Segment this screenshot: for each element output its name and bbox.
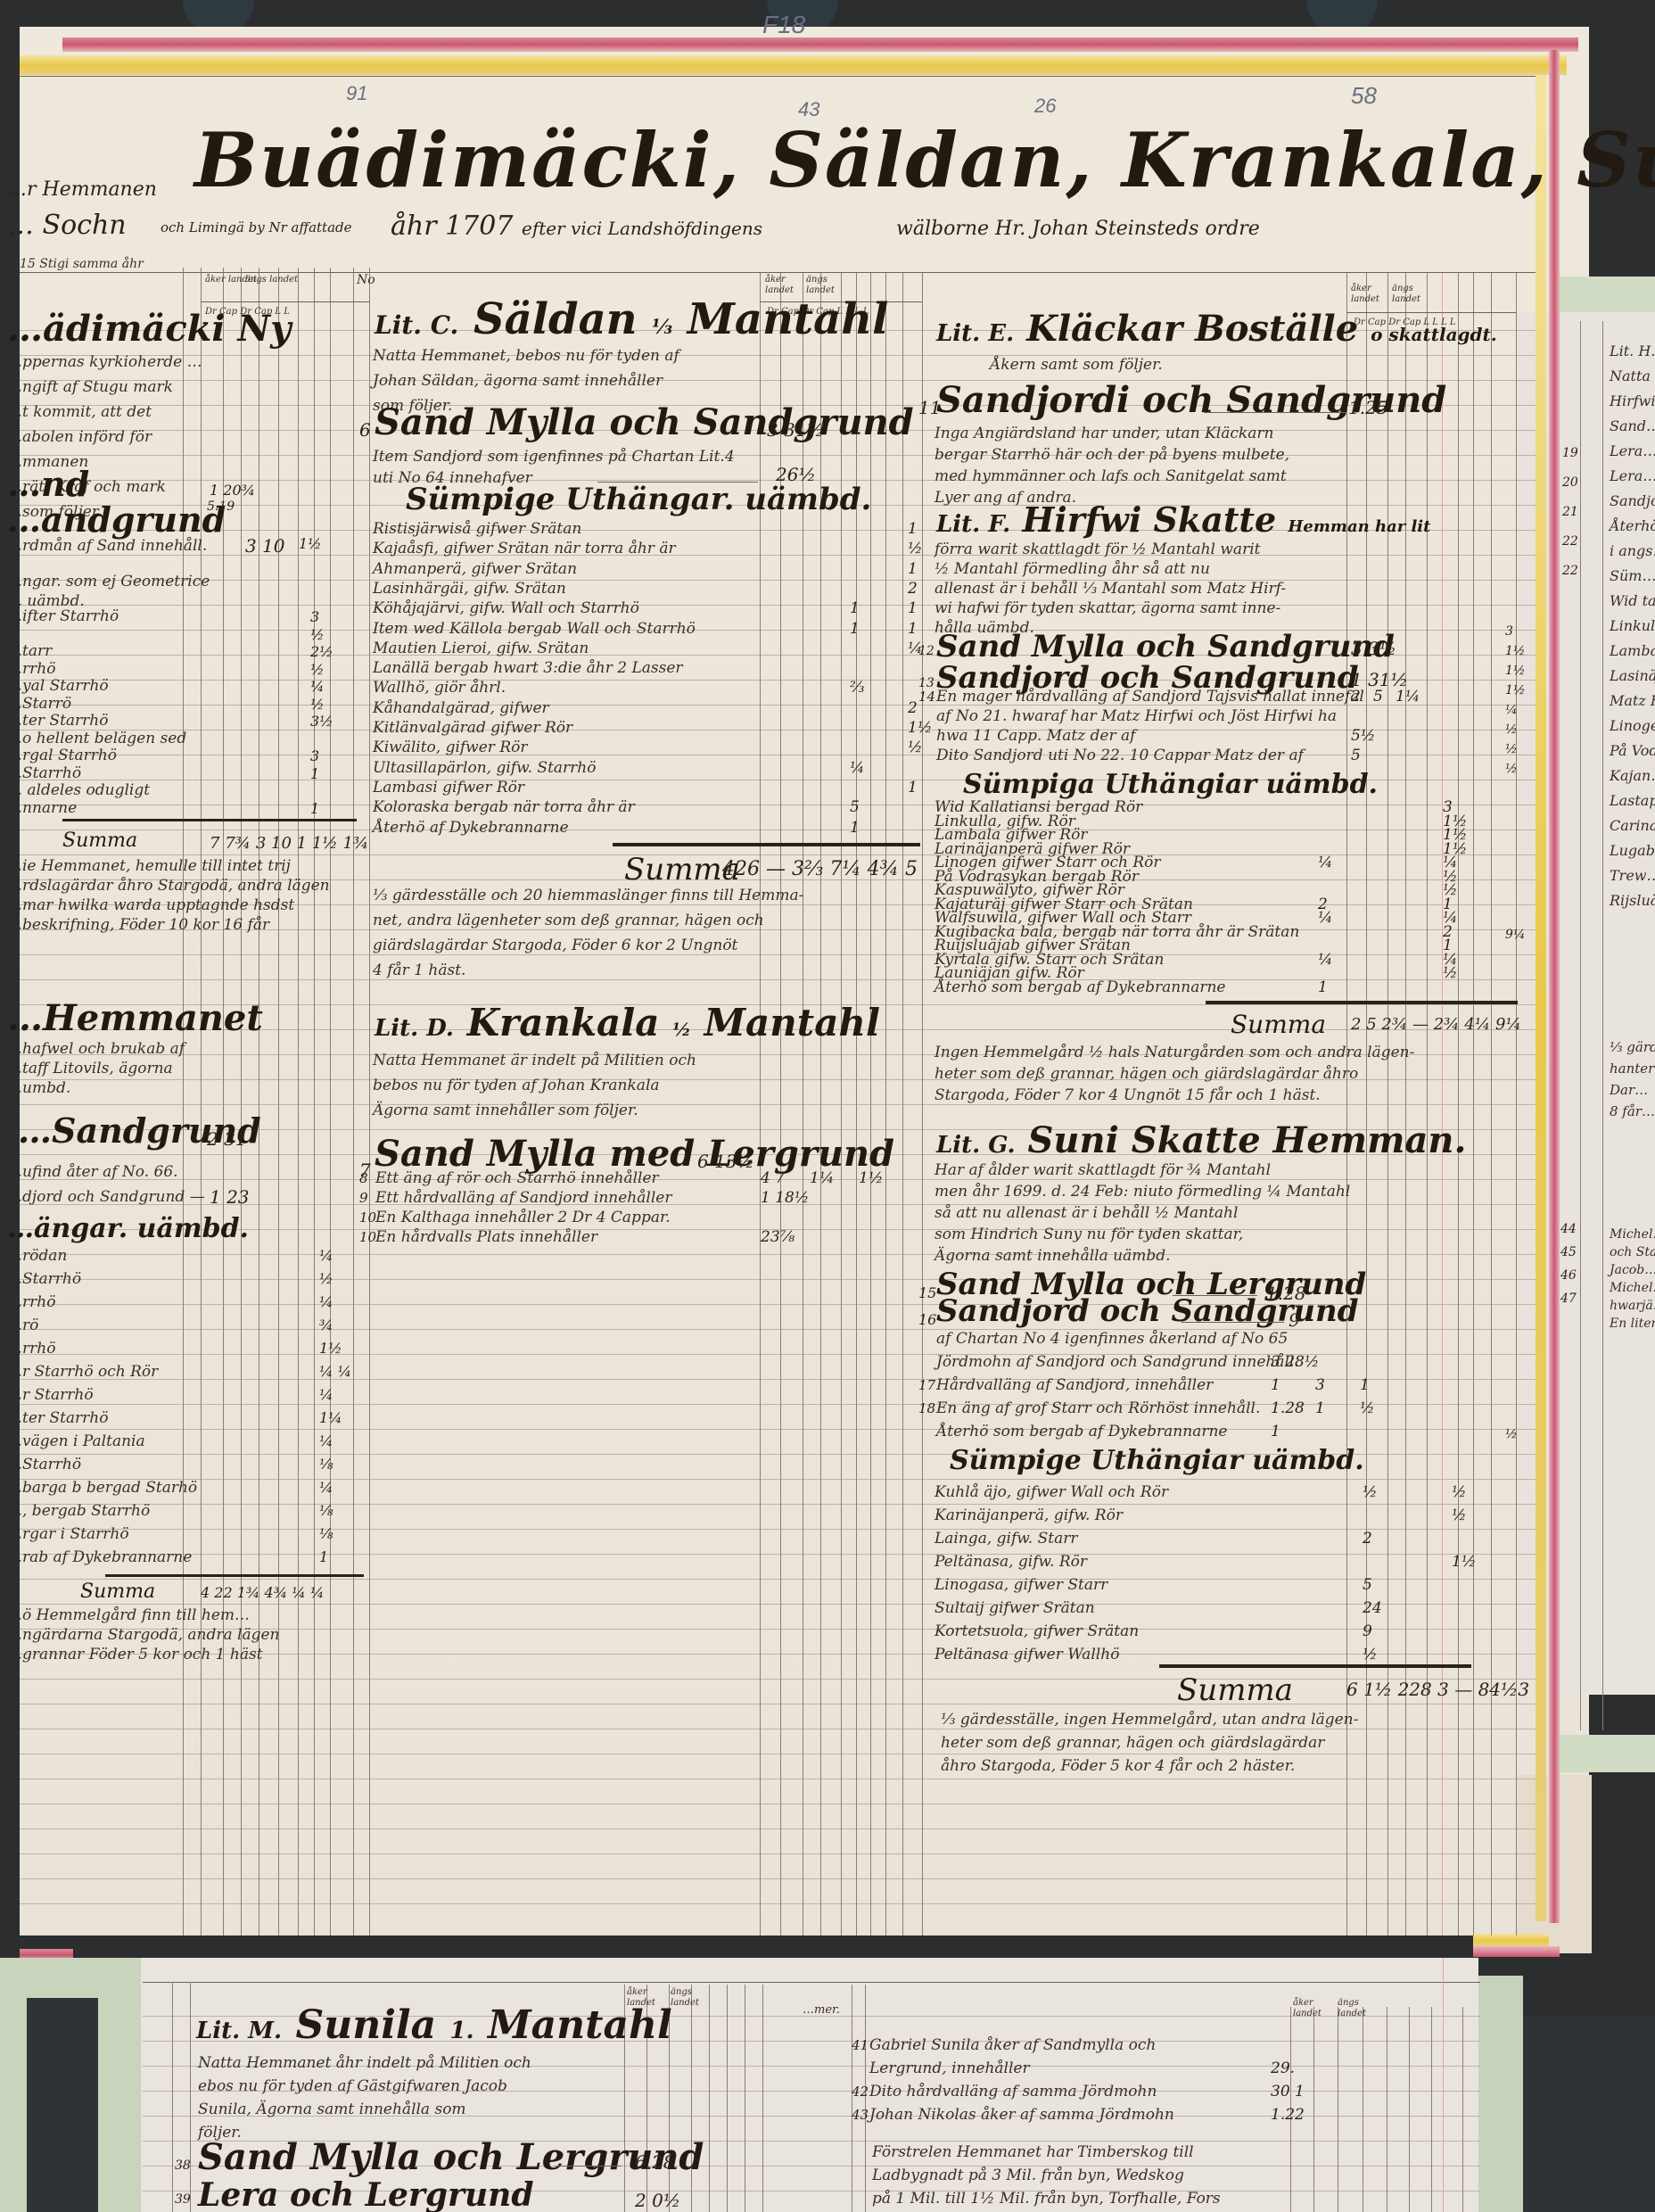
meadow-row: Kiwälito, gifwer Rör½: [373, 738, 961, 757]
col-rule: [762, 1985, 763, 2212]
green-mount-bottom-right: [1478, 1976, 1523, 2212]
edge-value: ½: [1505, 1427, 1518, 1441]
meadow-name: Karinäjanperä, gifw. Rör: [935, 1504, 1123, 1527]
edge-value: 1½: [1505, 644, 1525, 658]
meadow-row: Wallhö, giör åhrl.⅔: [373, 678, 961, 697]
row-value: 3: [1315, 1374, 1325, 1397]
section-m-soil-2: Lera och Lergrund: [198, 2176, 534, 2212]
partial-entry: Lastap…: [1610, 788, 1655, 813]
col-rule: [709, 1985, 710, 2212]
subtitle-year: åhr 1707: [391, 210, 513, 242]
ruled-line: [20, 1779, 1536, 1779]
section-g-notes: Har af ålder warit skattlagdt för ¾ Mant…: [935, 1160, 1350, 1267]
subtitle-parish: … Sochn: [7, 210, 127, 241]
row-text: En äng af grof Starr och Rörhöst innehål…: [936, 1397, 1260, 1420]
meadow-name: …Starrhö: [7, 765, 81, 783]
meadow-name: Ristisjärwiså gifwer Srätan: [373, 519, 581, 539]
section-c-soil: Sand Mylla och Sandgrund: [375, 401, 914, 443]
meadow-name: …rab af Dykebrannarne: [7, 1546, 192, 1569]
summa-rule: [613, 843, 920, 846]
subtitle-order-suffix: wälborne Hr. Johan Steinsteds ordre: [896, 218, 1260, 240]
partial-entry: Lera…: [1610, 464, 1655, 489]
meadow-value: ½: [1452, 1504, 1466, 1527]
ledger-row: 9Ett hårdvalläng af Sandjord innehåller1…: [359, 1188, 957, 1208]
meadow-name: …r Starrhö: [7, 1383, 94, 1407]
meadow-value: ¼: [1318, 953, 1332, 968]
left-fragment: …r Hemmanen: [7, 178, 157, 201]
meadow-value: ½: [1363, 1481, 1377, 1504]
row-text: Gabriel Sunila åker af Sandmylla och: [869, 2034, 1156, 2057]
meadow-value: 2½: [310, 643, 333, 661]
meadow-row: …rrhö¼: [7, 1291, 373, 1314]
meadow-value: 1: [310, 800, 319, 818]
meadow-name: Koloraska bergab när torra åhr är: [373, 797, 635, 817]
meadow-name: Återhö som bergab af Dykebrannarne: [935, 981, 1225, 995]
meadow-value: ½: [1452, 1481, 1466, 1504]
page-title: Buädimäcki, Säldan, Krankala, Suni: [194, 116, 1655, 204]
row-value: 5: [1373, 687, 1383, 706]
meadow-name: Lanällä bergab hwart 3:die åhr 2 Lasser: [373, 658, 683, 678]
left-fragment: …15 Stigi samma åhr: [7, 252, 144, 276]
col-rule: [745, 1985, 745, 2212]
row-number: 6: [359, 419, 371, 441]
meadow-value: 5: [1363, 1573, 1372, 1597]
edge-value: ¼: [1505, 703, 1518, 717]
meadow-value: 3½: [310, 713, 333, 730]
meadow-row: …, bergab Starrhö⅛: [7, 1499, 373, 1523]
meadow-row: …Starrhö⅛: [7, 1453, 373, 1476]
section-f-notes: förra warit skattlagdt för ½ Mantahl war…: [935, 540, 1286, 638]
meadow-row: …ter Starrhö1¼: [7, 1407, 373, 1430]
meadow-value: 24: [1363, 1597, 1382, 1620]
value: 3 31½: [767, 419, 824, 441]
meadow-row: Köhåjajärvi, gifw. Wall och Starrhö11: [373, 598, 961, 618]
edge-value: ½: [1505, 742, 1518, 756]
left-notes-2: …hafwel och brukab af …taff Litovils, äg…: [7, 1039, 185, 1098]
meadow-row: …ter Starrhö3½: [7, 713, 364, 730]
row-number: 10: [359, 1208, 376, 1227]
partial-entry: Återhö…: [1610, 514, 1655, 539]
left-soil-heading: …nd: [7, 464, 89, 504]
edge-value: 1½: [1505, 683, 1525, 697]
meadow-name: Ahmanperä, gifwer Srätan: [373, 559, 577, 579]
meadow-row: Ultasillapärlon, gifw. Starrhö¼: [373, 758, 961, 778]
meadow-value: ⅔: [850, 678, 864, 697]
row-value: 1.22: [1271, 2103, 1305, 2126]
ruled-line: [20, 1679, 1536, 1680]
section-f-heading: Lit. F. Hirfwi Skatte Hemman har lit: [936, 499, 1430, 540]
section-m-notes: Natta Hemmanet åhr indelt på Militien oc…: [198, 2051, 531, 2144]
meadow-row: …rrhö½: [7, 661, 364, 679]
yellow-border-top: [20, 55, 1567, 75]
row-text: En Kalthaga innehåller 2 Dr 4 Cappar.: [375, 1208, 671, 1227]
meadow-name: Köhåjajärvi, gifw. Wall och Starrhö: [373, 598, 639, 618]
row-number: 12: [918, 644, 935, 658]
row-text: af Chartan No 4 igenfinnes åkerland af N…: [936, 1327, 1288, 1350]
meadow-name: …yal Starrhö: [7, 678, 109, 696]
row-value: 3 28½: [1271, 1350, 1319, 1374]
meadow-value: 1: [850, 598, 860, 618]
leader-line: [1204, 412, 1346, 413]
section-m-heading: Lit. M. Sunila 1. Mantahl: [196, 2002, 672, 2048]
no-label: No: [357, 268, 375, 293]
value: 1 23: [210, 1186, 250, 1208]
border-rule-top: [20, 76, 1536, 77]
row-value: 1¼: [1396, 687, 1420, 706]
meadow-name: …ifter Starrhö: [7, 608, 119, 626]
col-header-acker: åker landet: [765, 275, 801, 296]
meadow-value: 3: [310, 608, 319, 626]
row-value: 1½: [859, 1168, 883, 1188]
meadow-name: …vägen i Paltania: [7, 1430, 145, 1453]
pencil-number: 91: [346, 82, 367, 105]
meadow-name: …rrhö: [7, 661, 55, 679]
row-text: En mager hårdvalläng af Sandjord Tajsvis…: [936, 687, 1364, 706]
pencil-number: 58: [1351, 82, 1377, 110]
col-rule: [1602, 321, 1603, 1730]
meadow-name: Lasinhärgäi, gifw. Srätan: [373, 579, 566, 598]
row-text: Lergrund, innehåller: [869, 2057, 1030, 2080]
row-number: 9: [359, 1188, 368, 1208]
row-value: ½: [1360, 1397, 1374, 1420]
red-border-corner: [1473, 1946, 1560, 1957]
col-rule: [1462, 2007, 1463, 2212]
meadow-name: Kajaåsfi, gifwer Srätan när torra åhr är: [373, 539, 676, 558]
row-value: 1¼: [810, 1168, 834, 1188]
summa-values: 6 1½ 228 3 — 84½3: [1346, 1679, 1529, 1700]
summa-label: Summa: [1177, 1672, 1293, 1708]
value: 2 31: [207, 1128, 247, 1150]
meadow-value: 2: [908, 579, 918, 598]
partial-entry: Lit. H…: [1610, 339, 1655, 364]
partial-row-number: 45: [1560, 1245, 1577, 1259]
partial-row-number: 19: [1562, 446, 1578, 460]
partial-entry: Sandjord…: [1610, 489, 1655, 514]
meadow-name: …r Starrhö och Rör: [7, 1360, 158, 1383]
row-text: Återhö som bergab af Dykebrannarne: [936, 1420, 1227, 1443]
summa-rule: [1159, 1664, 1471, 1668]
leader-line: [1182, 1322, 1284, 1323]
meadow-row: … aldeles odugligt: [7, 782, 364, 800]
row-value: 4 7: [761, 1168, 785, 1188]
meadow-name: …nnarne: [7, 800, 77, 818]
meadow-row: …rgar i Starrhö⅛: [7, 1523, 373, 1546]
partial-row-number: 22: [1562, 564, 1578, 578]
meadow-name: …rödan: [7, 1244, 67, 1267]
meadow-row: …ifter Starrhö3: [7, 608, 364, 626]
leader-line: [555, 2166, 622, 2167]
ledger-row: 43Johan Nikolas åker af samma Jördmohn1.…: [852, 2103, 1413, 2126]
value: 5.19: [207, 499, 235, 514]
meadow-name: Kitlänvalgärad gifwer Rör: [373, 718, 572, 738]
meadow-name: …barga b bergad Starhö: [7, 1476, 197, 1499]
meadow-row: Ristisjärwiså gifwer Srätan1: [373, 519, 961, 539]
meadow-row: Item wed Källola bergab Wall och Starrhö…: [373, 619, 961, 639]
yellow-border-corner: [1473, 1934, 1549, 1946]
meadow-name: Kuhlå äjo, gifwer Wall och Rör: [935, 1481, 1168, 1504]
section-f-soil-1: Sand Mylla och Sandgrund: [936, 629, 1395, 664]
ledger-row: hwa 11 Capp. Matz der af5½: [918, 726, 1440, 746]
partial-col-label: …mer.: [803, 1998, 840, 2023]
meadow-name: Linogasa, gifwer Starr: [935, 1573, 1107, 1597]
partial-row-number: 47: [1560, 1292, 1577, 1306]
row-number: 15: [918, 1284, 936, 1301]
left-row: …rdmån af Sand innehåll.: [7, 533, 207, 558]
edge-value: ½: [1505, 762, 1518, 776]
col-rule: [172, 1982, 173, 2212]
meadow-name: …rgal Starrhö: [7, 747, 117, 765]
meadow-name: Lainga, gifw. Starr: [935, 1527, 1077, 1550]
edge-value: 3: [1505, 624, 1513, 639]
summa-label: Summa: [62, 829, 137, 852]
row-text: af No 21. hwaraf har Matz Hirfwi och Jös…: [936, 706, 1337, 726]
partial-entry: På Vod…: [1610, 739, 1655, 763]
section-g-summary: ⅓ gärdesställe, ingen Hemmelgård, utan a…: [941, 1708, 1358, 1778]
ledger-row: 42Dito hårdvalläng af samma Jördmohn30 1: [852, 2080, 1413, 2103]
meadow-value: 1: [319, 1546, 328, 1569]
row-value: 1: [1315, 1397, 1325, 1420]
col-header-acker: åker landet: [1293, 1998, 1329, 2019]
ledger-row: 14En mager hårdvalläng af Sandjord Tajsv…: [918, 687, 1440, 706]
meadow-value: ½: [310, 696, 325, 714]
row-value: 5: [1351, 746, 1361, 765]
meadow-row: Kortetsuola, gifwer Srätan9: [935, 1620, 1505, 1643]
row-text: Dito Sandjord uti No 22. 10 Cappar Matz …: [936, 746, 1304, 765]
ledger-row: 8Ett äng af rör och Starrhö innehåller4 …: [359, 1168, 957, 1188]
meadow-name: Ultasillapärlon, gifw. Starrhö: [373, 758, 596, 778]
row-value: 1 18½: [761, 1188, 809, 1208]
summa-values: 426 — 3⅔ 7¼ 4¾ 5: [722, 858, 918, 880]
partial-summary-line: 8 får…: [1610, 1099, 1655, 1124]
meadow-value: 2: [1363, 1527, 1372, 1550]
section-g-heading: Lit. G. Suni Skatte Hemman.: [936, 1119, 1466, 1161]
meadow-name: Kortetsuola, gifwer Srätan: [935, 1620, 1139, 1643]
meadow-value: 1: [850, 818, 860, 838]
meadow-value: 5: [850, 797, 860, 817]
col-header-acker: åker landet: [1351, 284, 1387, 305]
meadow-row: Lainga, gifw. Starr2: [935, 1527, 1505, 1550]
meadow-row: Peltänasa, gifw. Rör1½: [935, 1550, 1505, 1573]
meadow-name: …ter Starrhö: [7, 713, 108, 730]
meadow-value: ¼ ¼: [319, 1360, 351, 1383]
meadow-name: …ter Starrhö: [7, 1407, 108, 1430]
row-value: 5½: [1351, 726, 1375, 746]
ruled-line: [20, 1704, 1536, 1704]
meadow-row: …barga b bergad Starhö¼: [7, 1476, 373, 1499]
col-rule: [330, 268, 331, 1935]
header-rule: [143, 1982, 1480, 1983]
yellow-border-right: [1536, 75, 1546, 1921]
summa-label: Summa: [1231, 1010, 1326, 1039]
summa-rule: [62, 819, 357, 821]
meadow-name: …tarr: [7, 643, 52, 661]
value: 3 3½: [1351, 638, 1396, 659]
meadow-row: …rab af Dykebrannarne1: [7, 1546, 373, 1569]
subtitle-order: efter vici Landshöfdingens: [522, 218, 762, 239]
meadow-value: 1: [908, 778, 918, 797]
partial-row-number: 21: [1562, 505, 1578, 519]
row-number: 16: [918, 1311, 936, 1328]
meadow-row: …Starrhö1: [7, 765, 364, 783]
partial-entry: Wid ta…: [1610, 589, 1655, 614]
partial-entry: Sand…: [1610, 414, 1655, 439]
col-header-angs: ängs landet: [1392, 284, 1428, 305]
section-e-note: Åkern samt som följer.: [990, 352, 1163, 377]
meadow-name: Item wed Källola bergab Wall och Starrhö: [373, 619, 696, 639]
row-text: Ett hårdvalläng af Sandjord innehåller: [375, 1188, 671, 1208]
meadow-row: …o hellent belägen sed: [7, 730, 364, 748]
meadow-row: …rödan¼: [7, 1244, 373, 1267]
partial-row-number: 22: [1562, 534, 1578, 549]
ruled-line: [20, 1828, 1536, 1829]
green-mount-strip-top: [1552, 276, 1655, 312]
meadow-value: ¼: [1318, 912, 1332, 926]
ruled-line: [20, 1878, 1536, 1879]
meadow-value: 1¼: [319, 1407, 342, 1430]
meadow-row: Återhö som bergab af Dykebrannarne1: [935, 981, 1496, 995]
header-rule: [20, 272, 1536, 273]
meadow-row: Ahmanperä, gifwer Srätan1: [373, 559, 961, 579]
meadow-row: …r Starrhö¼: [7, 1383, 373, 1407]
meadow-row: Koloraska bergab när torra åhr är5: [373, 797, 961, 817]
ledger-row: 41Gabriel Sunila åker af Sandmylla och: [852, 2034, 1413, 2057]
meadow-name: …rö: [7, 1314, 38, 1337]
red-border-right: [1549, 50, 1560, 1923]
partial-entry: Linoge…: [1610, 714, 1655, 739]
summa-values: 2 5 2¾ — 2¾ 4¼ 9¼: [1351, 1015, 1521, 1034]
summa-rule: [105, 1574, 364, 1577]
row-value: 1: [1271, 1420, 1280, 1443]
meadow-row: …r Starrhö och Rör¼ ¼: [7, 1360, 373, 1383]
partial-entry: Süm…: [1610, 564, 1655, 589]
meadow-row: Mautien Lieroi, gifw. Srätan¼: [373, 639, 961, 658]
meadow-value: ½: [908, 539, 922, 558]
meadow-value: ¼: [850, 758, 864, 778]
meadow-value: 1: [908, 519, 918, 539]
meadow-name: Peltänasa, gifw. Rör: [935, 1550, 1087, 1573]
meadow-row: Återhö af Dykebrannarne1: [373, 818, 961, 838]
meadow-value: 3: [310, 747, 319, 765]
row-value: 29.: [1271, 2057, 1295, 2080]
meadow-value: ¼: [310, 678, 325, 696]
meadow-row: …yal Starrhö¼: [7, 678, 364, 696]
partial-entry: En liten…: [1610, 1311, 1655, 1336]
left-summary-2: …ö Hemmelgård finn till hem… …ngärdarna …: [7, 1605, 280, 1664]
meadow-name: Wallhö, giör åhrl.: [373, 678, 506, 697]
row-number: 10: [359, 1227, 376, 1247]
ledger-row: 10En hårdvalls Plats innehåller23⅞: [359, 1227, 957, 1247]
row-number: 42: [852, 2080, 869, 2103]
pencil-number: 26: [1034, 95, 1056, 118]
row-number: 39: [175, 2192, 191, 2207]
left-heading: …ädimäcki Ny: [7, 308, 291, 350]
left-summary-1: …ie Hemmanet, hemulle till intet trij …r…: [7, 856, 330, 935]
partial-entry: Kajan…: [1610, 763, 1655, 788]
meadow-value: ¾: [319, 1314, 333, 1337]
partial-entry: i angs…: [1610, 539, 1655, 564]
section-c-meadows-heading: Sümpige Uthängar. uämbd.: [406, 482, 871, 517]
meadow-name: …rgar i Starrhö: [7, 1523, 129, 1546]
meadow-row: Kitlänvalgärad gifwer Rör1½: [373, 718, 961, 738]
value: 1 20¾: [210, 482, 255, 499]
row-text: Jördmohn af Sandjord och Sandgrund inneh…: [936, 1350, 1299, 1374]
meadow-row: …rrhö1½: [7, 1337, 373, 1360]
section-c-summary: ⅓ gärdesställe och 20 hiemmaslänger finn…: [373, 883, 803, 983]
section-e-notes: Inga Angiärdsland har under, utan Kläcka…: [935, 423, 1289, 508]
section-f-meadows-heading: Sümpiga Uthängiar uämbd.: [963, 769, 1378, 800]
partial-entry: Matz Hir…: [1610, 689, 1655, 714]
meadow-row: …rgal Starrhö3: [7, 747, 364, 765]
meadow-value: ¼: [319, 1244, 333, 1267]
ledger-row: 18En äng af grof Starr och Rörhöst inneh…: [918, 1397, 1449, 1420]
ruled-line: [20, 355, 1536, 356]
row-text: Ett äng af rör och Starrhö innehåller: [375, 1168, 659, 1188]
partial-entry: Lambal…: [1610, 639, 1655, 664]
meadow-row: …vägen i Paltania¼: [7, 1430, 373, 1453]
col-rule: [1431, 2007, 1432, 2212]
ledger-row: Jördmohn af Sandjord och Sandgrund inneh…: [918, 1350, 1449, 1374]
row-number: 41: [852, 2034, 869, 2057]
col-header-angs: ängs landet: [671, 1987, 706, 2009]
meadow-value: 1: [310, 765, 319, 783]
dark-gap-bottom-left: [27, 1998, 98, 2212]
meadow-row: …Starrhö½: [7, 1267, 373, 1291]
meadow-row: Karinäjanperä, gifw. Rör½: [935, 1504, 1505, 1527]
ledger-row: 10En Kalthaga innehåller 2 Dr 4 Cappar.: [359, 1208, 957, 1227]
col-header-angs: ängs landet: [245, 275, 308, 285]
meadow-row: Linogasa, gifwer Starr5: [935, 1573, 1505, 1597]
row-value: 30 1: [1271, 2080, 1305, 2103]
meadow-value: ⅛: [319, 1499, 333, 1523]
meadow-row: Lambasi gifwer Rör1: [373, 778, 961, 797]
partial-entry: Hirfwi,…: [1610, 389, 1655, 414]
ruled-line: [20, 1903, 1536, 1904]
meadow-row: Lasinhärgäi, gifw. Srätan2: [373, 579, 961, 598]
meadow-name: … aldeles odugligt: [7, 782, 150, 800]
section-d-heading: Lit. D. Krankala ½ Mantahl: [375, 1001, 880, 1044]
summa-label: Summa: [80, 1581, 155, 1603]
meadow-value: ¼: [319, 1291, 333, 1314]
section-m-right-notes: Förstrelen Hemmanet har Timberskog till …: [872, 2141, 1221, 2210]
green-mount-strip-mid: [1552, 1735, 1655, 1772]
partial-entry: Lugabl…: [1610, 838, 1655, 863]
summa-values: 7 7¾ 3 10 1 1½ 1¾: [210, 834, 368, 853]
pink-margin-line: [1443, 1958, 1444, 2212]
partial-entry: Carina…: [1610, 813, 1655, 838]
value: 6 28: [635, 2151, 675, 2173]
partial-row-number: 44: [1560, 1222, 1577, 1236]
meadow-row: Kuhlå äjo, gifwer Wall och Rör½½: [935, 1481, 1505, 1504]
row-number: 8: [359, 1168, 368, 1188]
section-f-summary: Ingen Hemmelgård ½ hals Naturgården som …: [935, 1042, 1414, 1106]
row-number: 18: [918, 1397, 935, 1420]
partial-entry: Natta h…: [1610, 364, 1655, 389]
summa-values: 4 22 1¾ 4¾ ¼ ¼: [201, 1584, 324, 1601]
meadow-value: ½: [319, 1267, 333, 1291]
section-d-notes: Natta Hemmanet är indelt på Militien och…: [373, 1048, 696, 1123]
meadow-name: Återhö af Dykebrannarne: [373, 818, 569, 838]
red-border-top: [62, 37, 1578, 52]
col-rule: [190, 1982, 191, 2212]
meadow-value: 1: [908, 619, 918, 639]
partial-entry: Lasinäja…: [1610, 664, 1655, 689]
value: 1.25: [1348, 397, 1388, 418]
row-value: 23⅞: [761, 1227, 795, 1247]
meadow-row: Kajaåsfi, gifwer Srätan när torra åhr är…: [373, 539, 961, 558]
meadow-name: …, bergab Starrhö: [7, 1499, 150, 1523]
section-m-soil-1: Sand Mylla och Lergrund: [198, 2136, 704, 2178]
left-meadows-heading-2: …ängar. uämbd.: [7, 1213, 249, 1244]
